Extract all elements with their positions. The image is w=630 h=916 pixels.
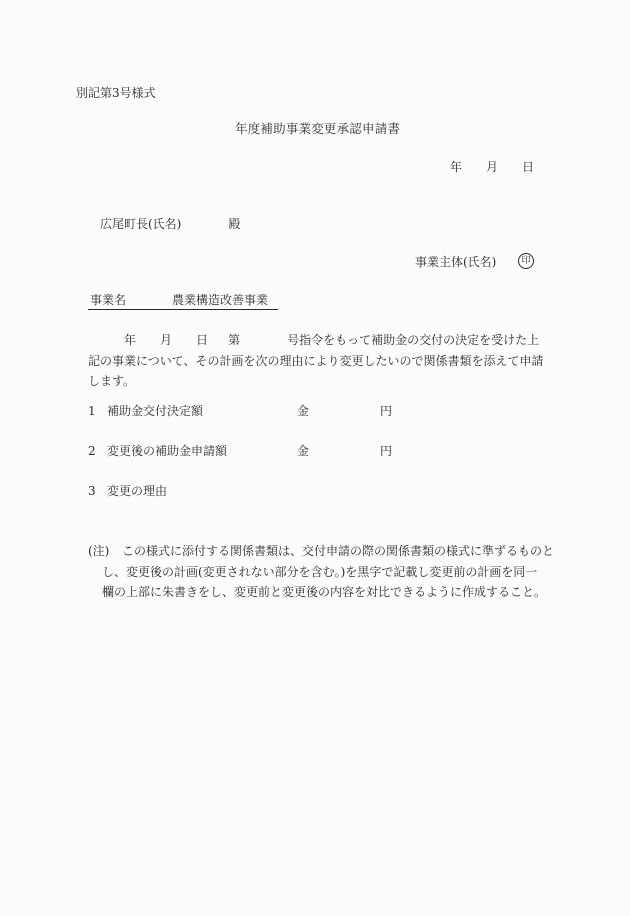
- body-month: 月: [160, 333, 172, 347]
- item-label: 変更後の補助金申請額: [107, 444, 227, 458]
- item-label: 補助金交付決定額: [107, 404, 203, 418]
- date-line: 年月日: [450, 161, 534, 173]
- note-text-2: し、変更後の計画(変更されない部分を含む。)を黒字で記載し変更前の計画を同一: [102, 565, 537, 579]
- note-text-1: この様式に添付する関係書類は、交付申請の際の関係書類の様式に準ずるものと: [122, 544, 554, 558]
- body-number-prefix: 第: [228, 333, 240, 347]
- body-year: 年: [124, 333, 136, 347]
- project-value: 農業構造改善事業: [172, 293, 268, 307]
- body-line-2: 記の事業について、その計画を次の理由により変更したいので関係書類を添えて申請: [88, 351, 566, 372]
- note-line-2: し、変更後の計画(変更されない部分を含む。)を黒字で記載し変更前の計画を同一: [88, 562, 568, 583]
- project-label: 事業名: [88, 294, 172, 306]
- applicant-label: 事業主体(氏名): [415, 256, 496, 268]
- body-line-1-text: 号指令をもって補助金の交付の決定を受けた上: [287, 333, 539, 347]
- item-subsidy-decided-amount: 1補助金交付決定額 金 円: [88, 405, 203, 417]
- note-text-3: 欄の上部に朱書きをし、変更前と変更後の内容を対比できるように作成すること。: [102, 585, 546, 599]
- item-revised-subsidy-amount: 2変更後の補助金申請額 金 円: [88, 445, 227, 457]
- note-section: (注)この様式に添付する関係書類は、交付申請の際の関係書類の様式に準ずるものと …: [88, 541, 568, 603]
- project-name-line: 事業名農業構造改善事業: [88, 294, 278, 310]
- addressee: 広尾町長(氏名)殿: [100, 218, 240, 230]
- date-year-label: 年: [450, 161, 486, 173]
- request-body: 年月日第号指令をもって補助金の交付の決定を受けた上 記の事業について、その計画を…: [88, 330, 566, 392]
- body-day: 日: [196, 333, 208, 347]
- note-line-1: (注)この様式に添付する関係書類は、交付申請の際の関係書類の様式に準ずるものと: [88, 541, 568, 562]
- addressee-honorific: 殿: [228, 218, 240, 230]
- item-number: 1: [88, 405, 107, 417]
- amount-unit: 円: [380, 445, 392, 457]
- amount-prefix: 金: [297, 445, 309, 457]
- amount-prefix: 金: [297, 405, 309, 417]
- date-day-label: 日: [522, 161, 534, 173]
- note-line-3: 欄の上部に朱書きをし、変更前と変更後の内容を対比できるように作成すること。: [88, 582, 568, 603]
- item-label: 変更の理由: [107, 484, 167, 498]
- date-month-label: 月: [486, 161, 522, 173]
- item-number: 3: [88, 485, 107, 497]
- body-line-1: 年月日第号指令をもって補助金の交付の決定を受けた上: [88, 330, 566, 351]
- form-number: 別記第3号様式: [76, 87, 156, 99]
- item-number: 2: [88, 445, 107, 457]
- item-change-reason: 3変更の理由: [88, 485, 167, 497]
- document-title: 年度補助事業変更承認申請書: [235, 123, 400, 136]
- addressee-name: 広尾町長(氏名): [100, 217, 181, 231]
- body-line-3: します。: [88, 371, 566, 392]
- amount-unit: 円: [380, 405, 392, 417]
- note-label: (注): [88, 541, 122, 562]
- seal-icon: 印: [518, 253, 534, 269]
